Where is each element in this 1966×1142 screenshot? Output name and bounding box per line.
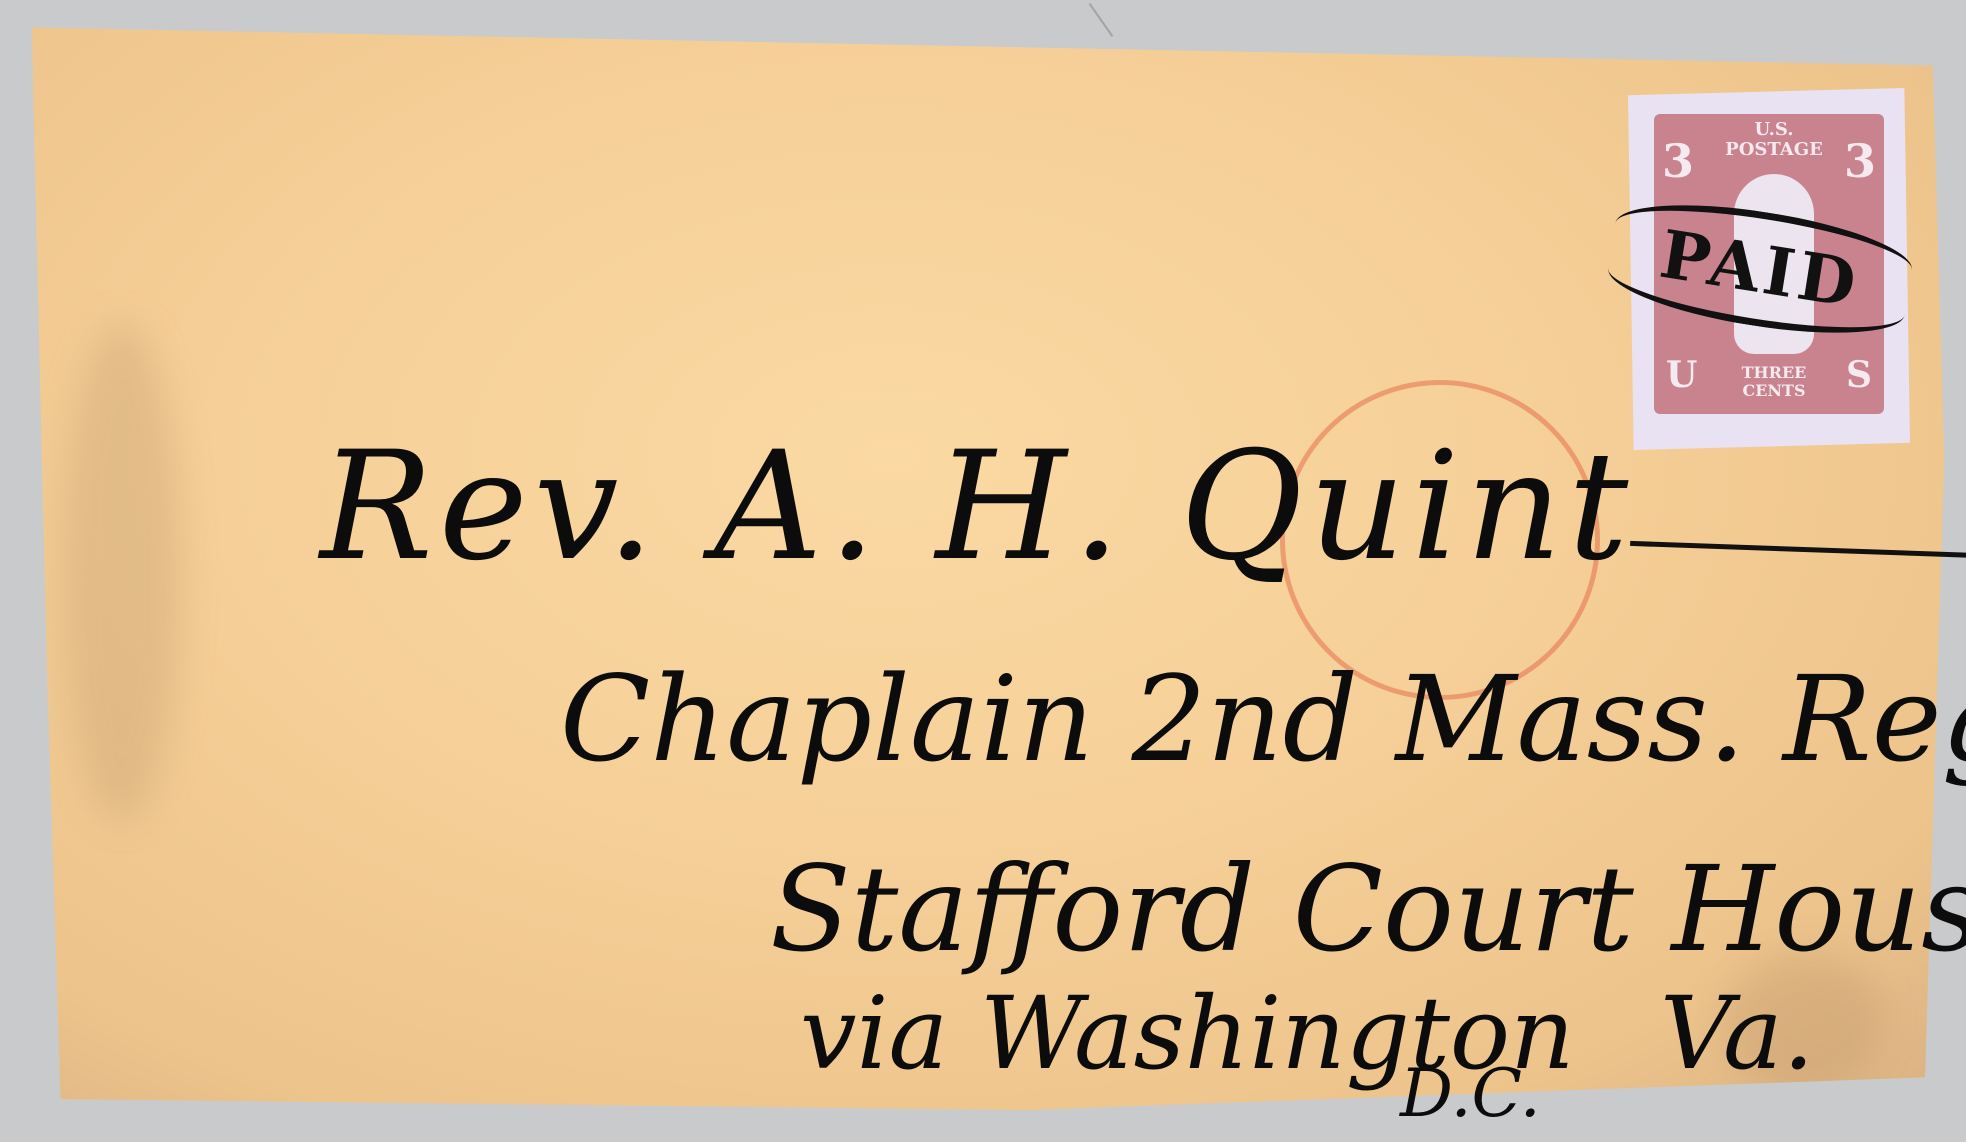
stamp-value-right: 3 [1844,134,1876,188]
stamp-corner-right: S [1846,354,1872,396]
stain [62,322,182,822]
background-scratch [1089,3,1114,37]
stamp-corner-left: U [1666,354,1697,396]
stamp-value-left: 3 [1662,134,1694,188]
stamp-bottom-text: THREE CENTS [1724,364,1824,400]
address-line-2: Chaplain 2nd Mass. Regt [560,650,1966,788]
stamp-top-text: U.S. POSTAGE [1724,120,1824,160]
address-line-1: Rev. A. H. Quint [320,420,1634,594]
address-line-3: Stafford Court House [770,840,1966,978]
address-state: Va. [1660,975,1814,1092]
address-line-5: D.C. [1400,1055,1541,1132]
recipient-name: Rev. A. H. Quint [320,420,1634,594]
